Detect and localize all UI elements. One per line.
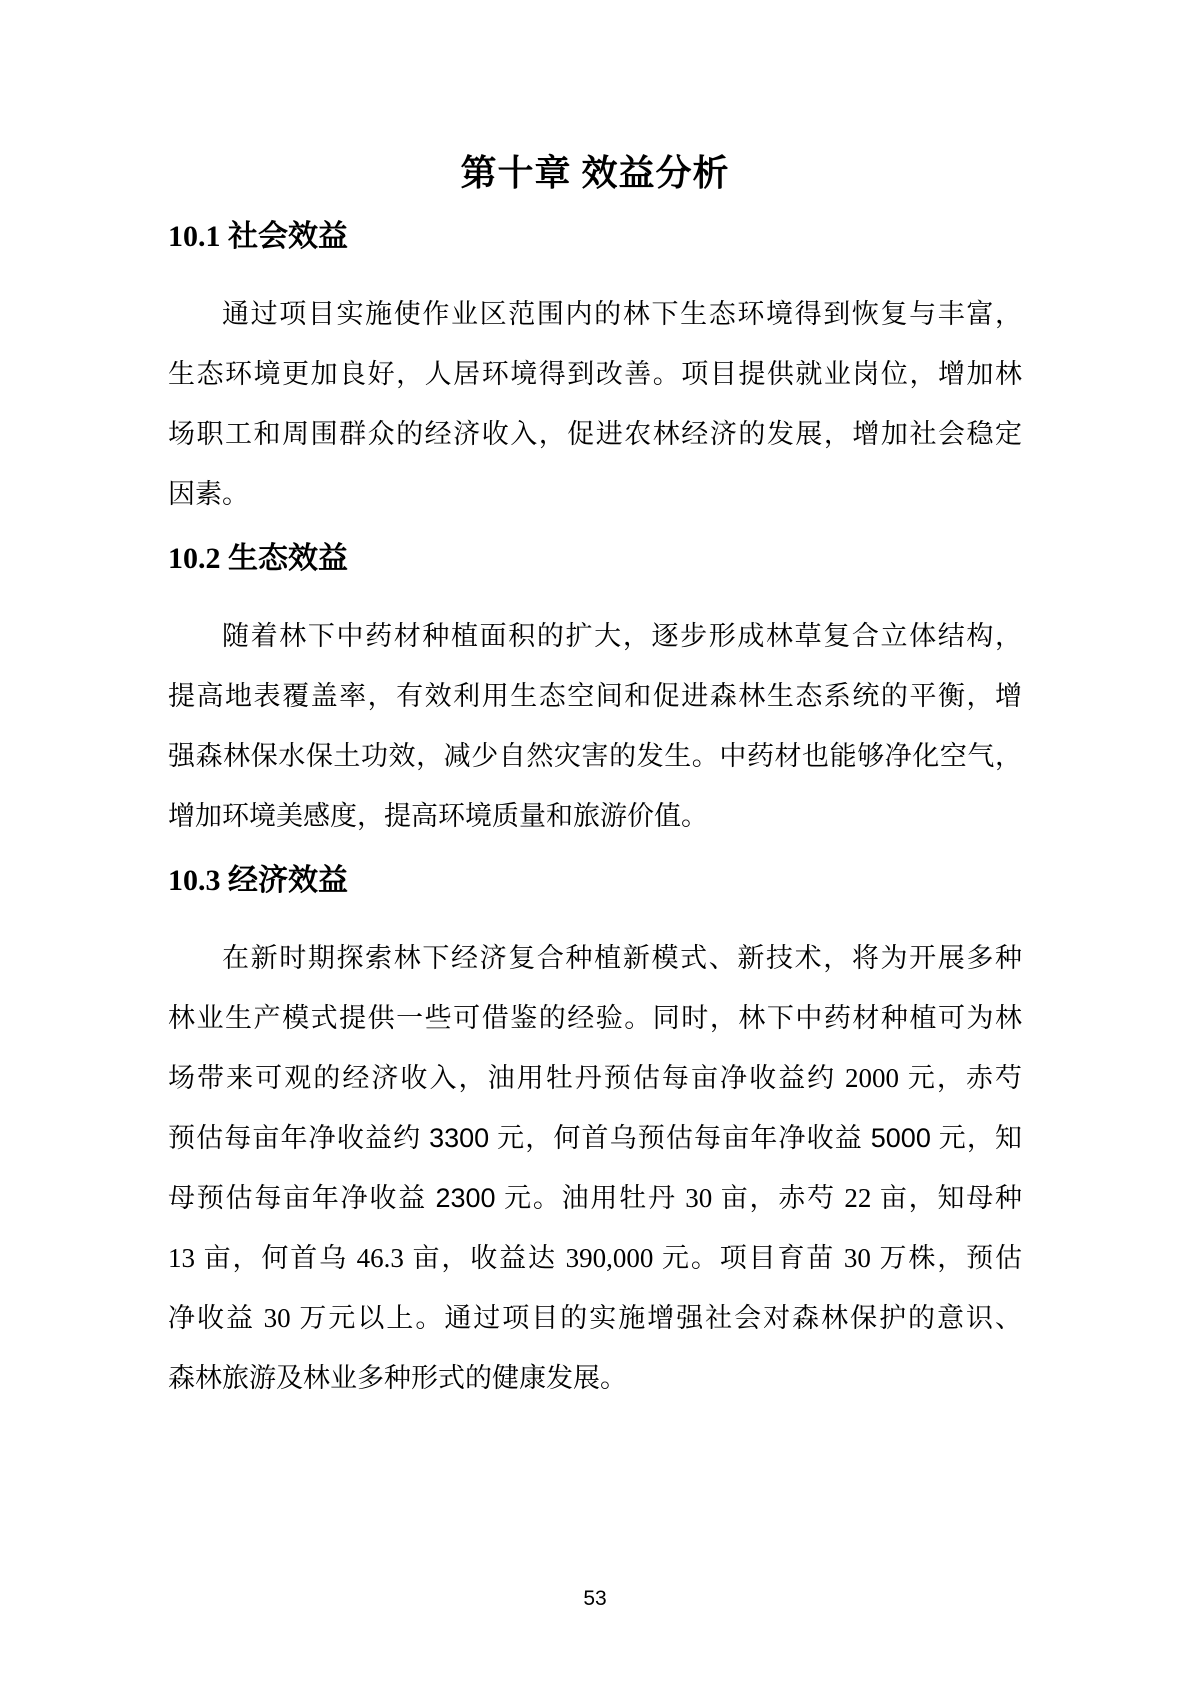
text-line: 增加环境美感度，提高环境质量和旅游价值。 xyxy=(168,786,1022,846)
paragraph: 随着林下中药材种植面积的扩大，逐步形成林草复合立体结构， 提高地表覆盖率，有效利… xyxy=(168,606,1022,846)
text-line: 预估每亩年净收益约 3300 元，何首乌预估每亩年净收益 5000 元，知 xyxy=(168,1108,1022,1168)
highlighted-number: 5000 xyxy=(871,1123,931,1153)
text-line: 场职工和周围群众的经济收入，促进农林经济的发展，增加社会稳定 xyxy=(168,404,1022,464)
section-heading-10-3: 10.3 经济效益 xyxy=(168,860,1022,902)
section-heading-10-2: 10.2 生态效益 xyxy=(168,538,1022,580)
document-page: 第十章 效益分析 10.1 社会效益 通过项目实施使作业区范围内的林下生态环境得… xyxy=(0,0,1190,1683)
section-heading-10-1: 10.1 社会效益 xyxy=(168,216,1022,258)
page-number: 53 xyxy=(0,1586,1190,1612)
text-line: 生态环境更加良好，人居环境得到改善。项目提供就业岗位，增加林 xyxy=(168,344,1022,404)
text-line: 强森林保水保土功效，减少自然灾害的发生。中药材也能够净化空气， xyxy=(168,726,1022,786)
text-line: 在新时期探索林下经济复合种植新模式、新技术，将为开展多种 xyxy=(168,928,1022,988)
text-line: 随着林下中药材种植面积的扩大，逐步形成林草复合立体结构， xyxy=(168,606,1022,666)
text-line: 森林旅游及林业多种形式的健康发展。 xyxy=(168,1348,1022,1408)
text-line: 净收益 30 万元以上。通过项目的实施增强社会对森林保护的意识、 xyxy=(168,1288,1022,1348)
chapter-title: 第十章 效益分析 xyxy=(168,150,1022,196)
section-social-benefit: 10.1 社会效益 通过项目实施使作业区范围内的林下生态环境得到恢复与丰富， 生… xyxy=(168,216,1022,524)
section-economic-benefit: 10.3 经济效益 在新时期探索林下经济复合种植新模式、新技术，将为开展多种 林… xyxy=(168,860,1022,1408)
paragraph: 通过项目实施使作业区范围内的林下生态环境得到恢复与丰富， 生态环境更加良好，人居… xyxy=(168,284,1022,524)
text-line: 13 亩，何首乌 46.3 亩，收益达 390,000 元。项目育苗 30 万株… xyxy=(168,1228,1022,1288)
text-line: 因素。 xyxy=(168,464,1022,524)
highlighted-number: 3300 xyxy=(429,1123,489,1153)
text-line: 林业生产模式提供一些可借鉴的经验。同时，林下中药材种植可为林 xyxy=(168,988,1022,1048)
section-ecological-benefit: 10.2 生态效益 随着林下中药材种植面积的扩大，逐步形成林草复合立体结构， 提… xyxy=(168,538,1022,846)
text-line: 场带来可观的经济收入，油用牡丹预估每亩净收益约 2000 元，赤芍 xyxy=(168,1048,1022,1108)
paragraph: 在新时期探索林下经济复合种植新模式、新技术，将为开展多种 林业生产模式提供一些可… xyxy=(168,928,1022,1408)
highlighted-number: 2300 xyxy=(435,1183,495,1213)
text-line: 母预估每亩年净收益 2300 元。油用牡丹 30 亩，赤芍 22 亩，知母种 xyxy=(168,1168,1022,1228)
text-line: 通过项目实施使作业区范围内的林下生态环境得到恢复与丰富， xyxy=(168,284,1022,344)
text-line: 提高地表覆盖率，有效利用生态空间和促进森林生态系统的平衡，增 xyxy=(168,666,1022,726)
